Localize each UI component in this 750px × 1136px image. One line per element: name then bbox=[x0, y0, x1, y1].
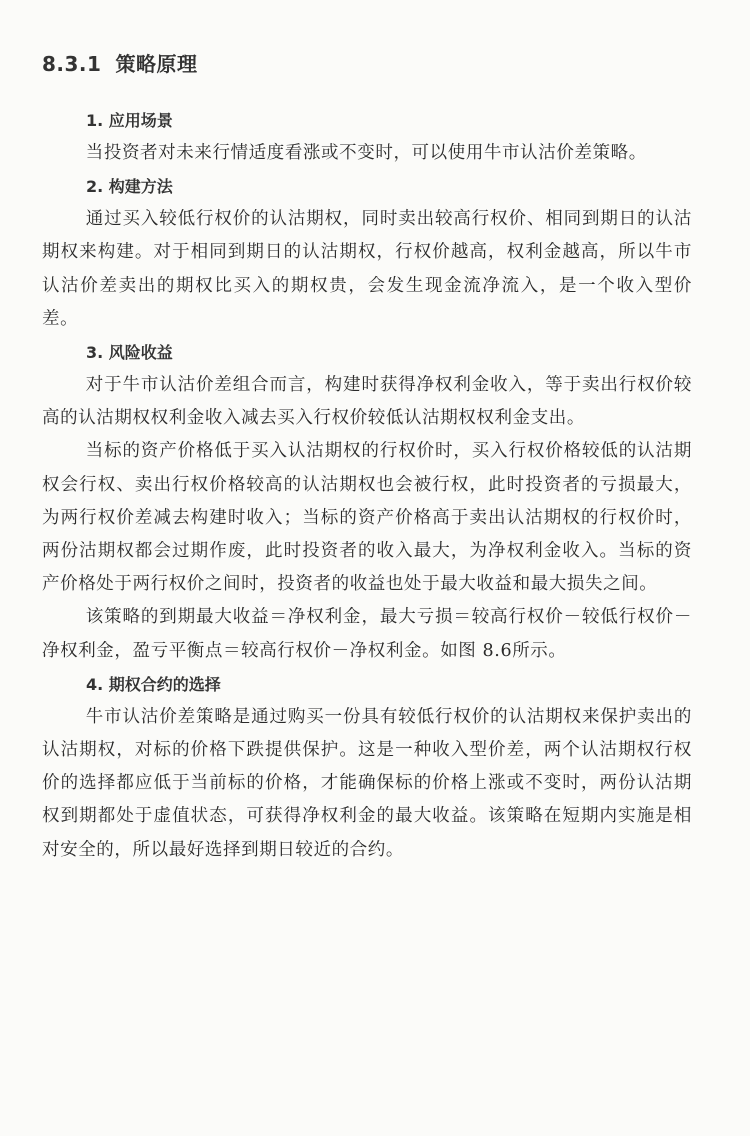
document-body: 1. 应用场景 当投资者对未来行情适度看涨或不变时，可以使用牛市认沽价差策略。 … bbox=[42, 104, 692, 867]
subsection-heading: 1. 应用场景 bbox=[42, 104, 692, 137]
subsection-application-scenario: 1. 应用场景 当投资者对未来行情适度看涨或不变时，可以使用牛市认沽价差策略。 bbox=[42, 104, 692, 170]
subsection-risk-return: 3. 风险收益 对于牛市认沽价差组合而言，构建时获得净权利金收入，等于卖出行权价… bbox=[42, 336, 692, 668]
paragraph: 当投资者对未来行情适度看涨或不变时，可以使用牛市认沽价差策略。 bbox=[42, 137, 692, 170]
subsection-construction-method: 2. 构建方法 通过买入较低行权价的认沽期权，同时卖出较高行权价、相同到期日的认… bbox=[42, 170, 692, 336]
subsection-heading: 3. 风险收益 bbox=[42, 336, 692, 369]
section-title: 8.3.1策略原理 bbox=[42, 48, 197, 77]
document-page: 8.3.1策略原理 1. 应用场景 当投资者对未来行情适度看涨或不变时，可以使用… bbox=[0, 0, 750, 1136]
paragraph: 该策略的到期最大收益＝净权利金，最大亏损＝较高行权价－较低行权价－净权利金，盈亏… bbox=[42, 601, 692, 667]
subsection-heading: 4. 期权合约的选择 bbox=[42, 668, 692, 701]
subsection-contract-selection: 4. 期权合约的选择 牛市认沽价差策略是通过购买一份具有较低行权价的认沽期权来保… bbox=[42, 668, 692, 867]
section-title-text: 策略原理 bbox=[115, 52, 197, 76]
paragraph: 对于牛市认沽价差组合而言，构建时获得净权利金收入，等于卖出行权价较高的认沽期权权… bbox=[42, 369, 692, 435]
section-number: 8.3.1 bbox=[42, 52, 101, 76]
paragraph: 牛市认沽价差策略是通过购买一份具有较低行权价的认沽期权来保护卖出的认沽期权，对标… bbox=[42, 701, 692, 867]
paragraph: 通过买入较低行权价的认沽期权，同时卖出较高行权价、相同到期日的认沽期权来构建。对… bbox=[42, 203, 692, 336]
paragraph: 当标的资产价格低于买入认沽期权的行权价时，买入行权价格较低的认沽期权会行权、卖出… bbox=[42, 435, 692, 601]
subsection-heading: 2. 构建方法 bbox=[42, 170, 692, 203]
